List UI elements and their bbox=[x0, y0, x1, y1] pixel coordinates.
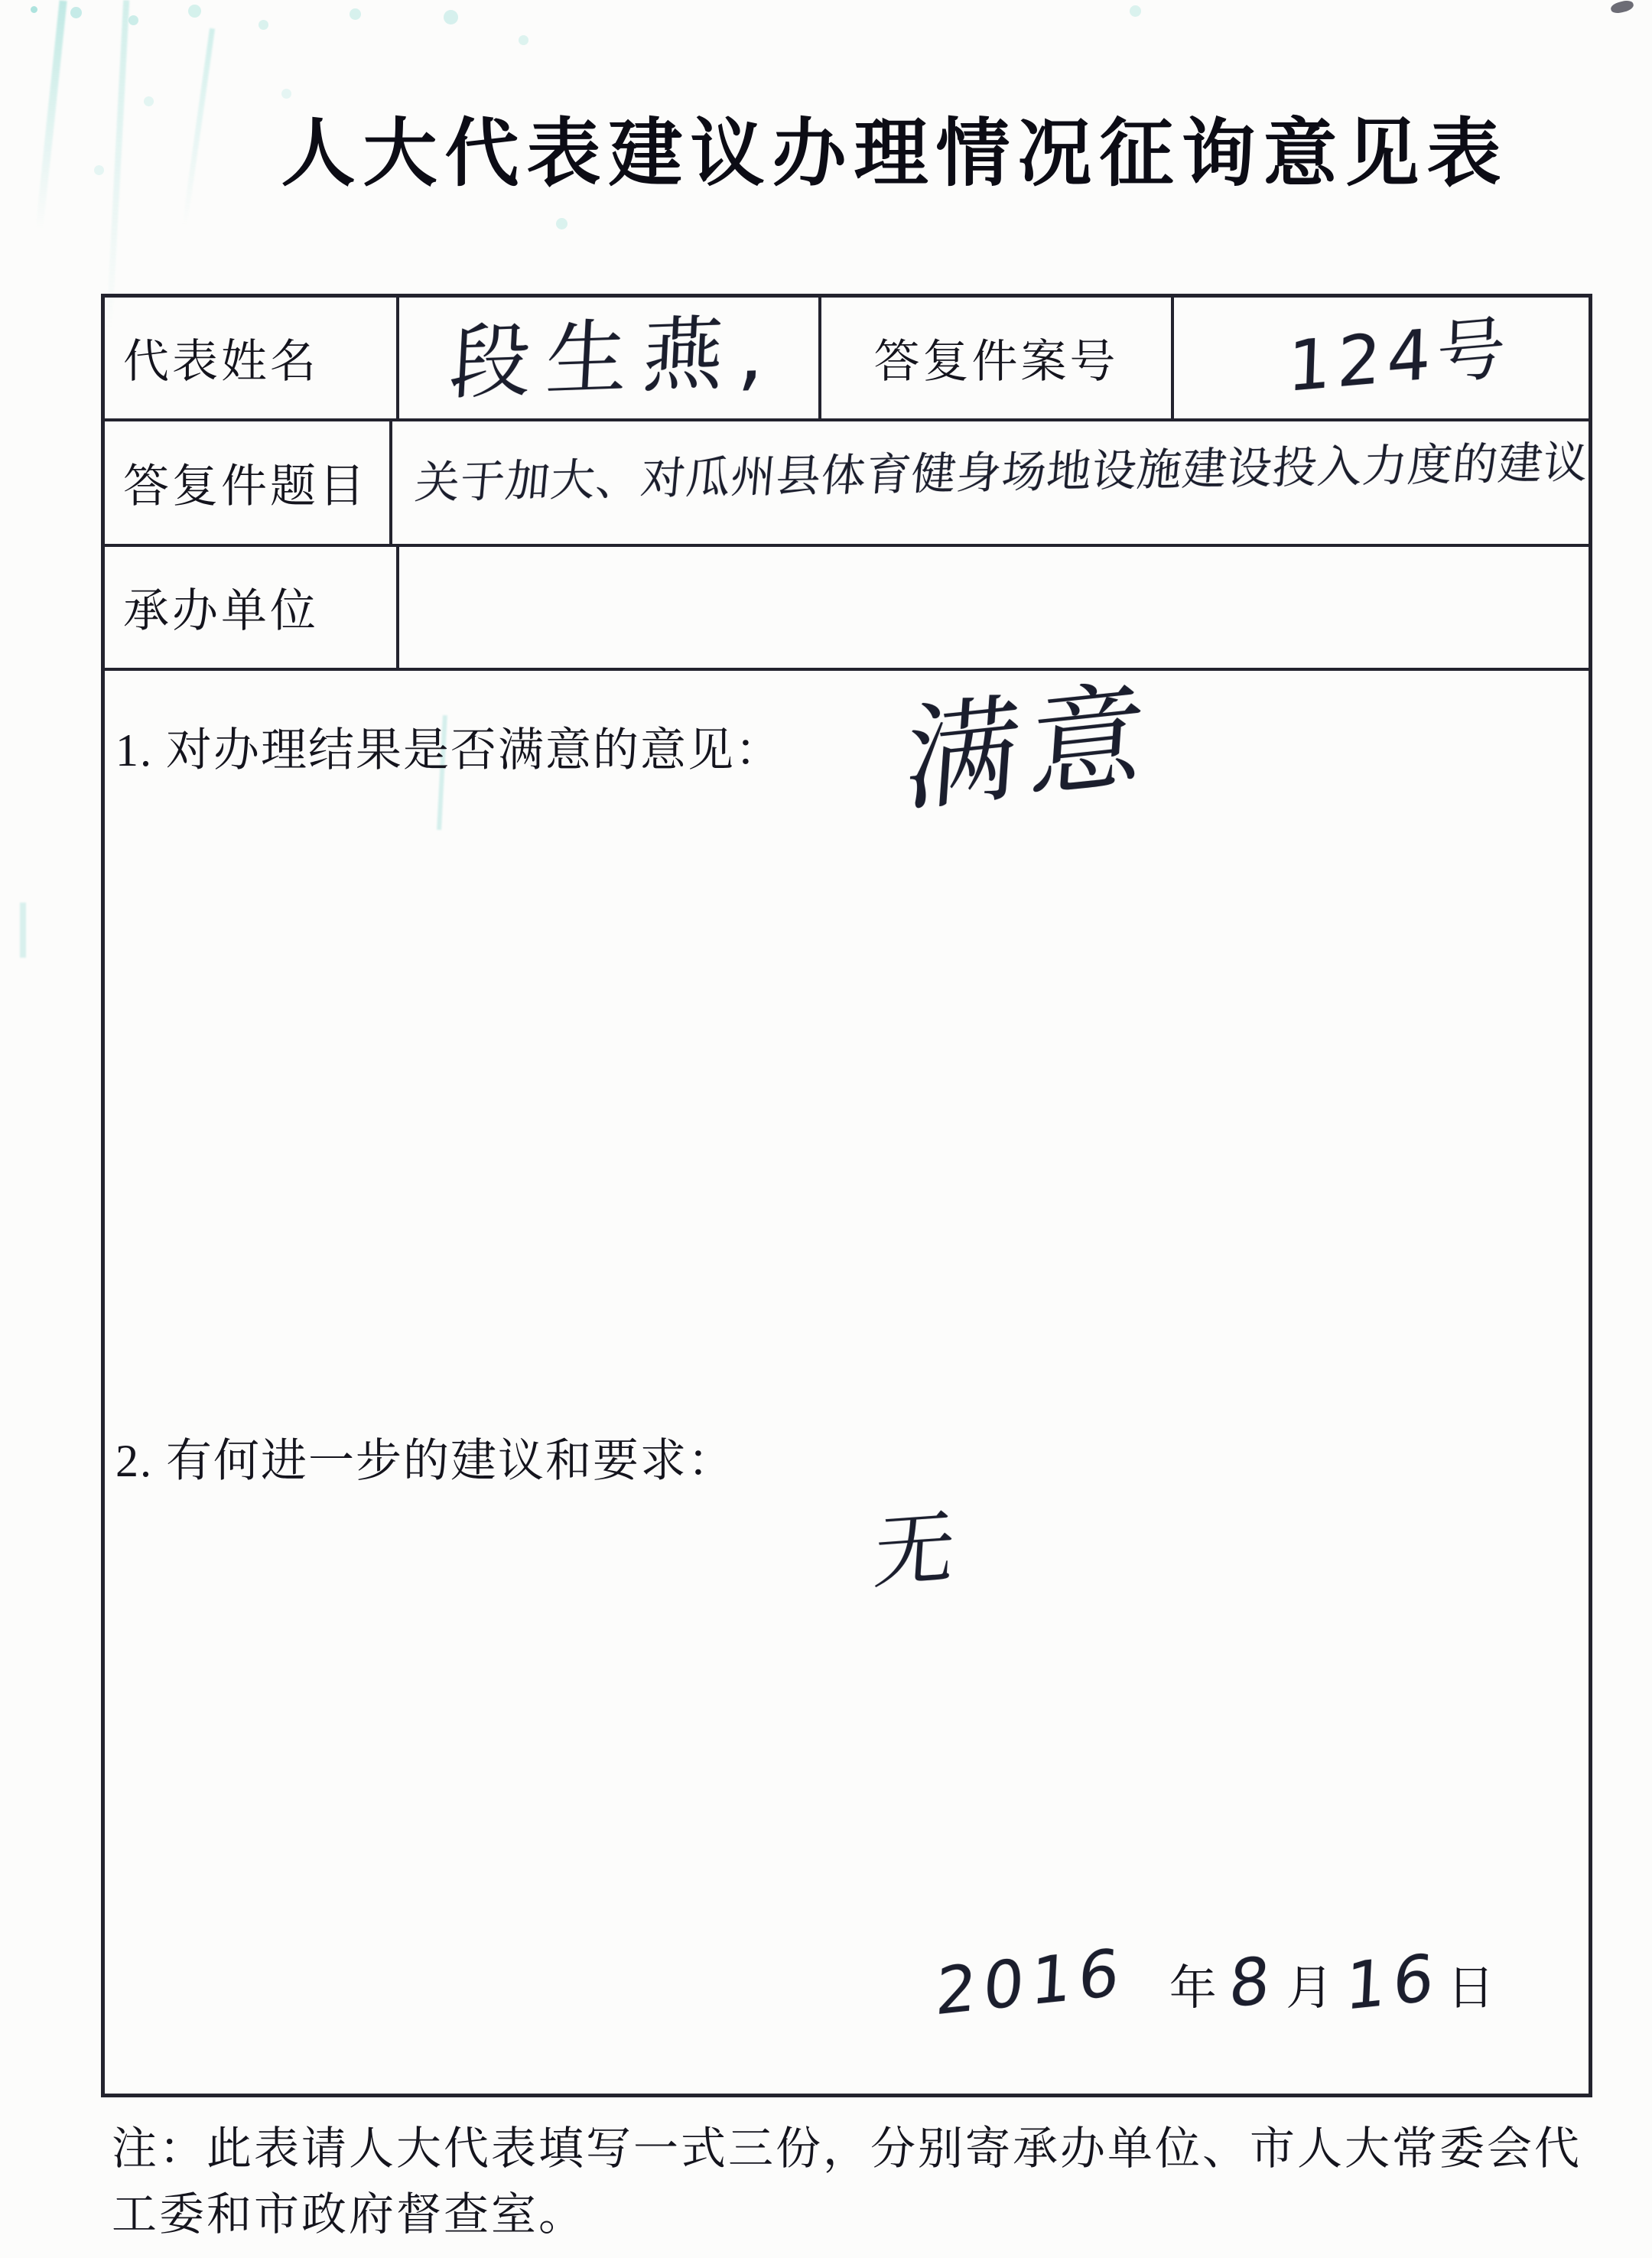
case-no-cell: 124号 bbox=[1174, 298, 1589, 418]
case-no-handwritten: 124号 bbox=[1286, 314, 1513, 402]
form-title: 人大代表建议办理情况征询意见表 bbox=[145, 93, 1644, 200]
date-year-unit: 年 bbox=[1169, 1950, 1217, 2018]
row-reply-title: 答复件题目 关于加大、对瓜州县体育健身场地设施建设投入力度的建议 bbox=[105, 421, 1589, 547]
reply-title-cell: 关于加大、对瓜州县体育健身场地设施建设投入力度的建议 bbox=[392, 421, 1589, 544]
row-representative: 代表姓名 段生燕, 答复件案号 124号 bbox=[105, 298, 1589, 421]
date-line: 2016 年 8 月 16 日 bbox=[935, 1950, 1507, 2018]
q1-label: 1. 对办理结果是否满意的意见： bbox=[115, 714, 782, 779]
reply-title-handwritten: 关于加大、对瓜州县体育健身场地设施建设投入力度的建议 bbox=[413, 440, 1590, 505]
date-year-handwritten: 2016 bbox=[934, 1939, 1127, 2024]
scan-artifact-streak bbox=[106, 0, 129, 329]
date-day-unit: 日 bbox=[1447, 1950, 1494, 2018]
q2-answer-handwritten: 无 bbox=[871, 1508, 957, 1594]
date-day-handwritten: 16 bbox=[1344, 1944, 1442, 2019]
footnote: 注：此表请人大代表填写一式三份，分别寄承办单位、市人大常委会代 工委和市政府督查… bbox=[112, 2116, 1603, 2247]
undertaker-label: 承办单位 bbox=[105, 547, 399, 668]
q2-label: 2. 有何进一步的建议和要求： bbox=[115, 1424, 735, 1490]
form-table: 代表姓名 段生燕, 答复件案号 124号 答复件题目 关于加大、对瓜州县体育健身… bbox=[101, 294, 1592, 2097]
reply-title-label: 答复件题目 bbox=[105, 421, 392, 544]
footnote-line1: 注：此表请人大代表填写一式三份，分别寄承办单位、市人大常委会代 bbox=[112, 2116, 1603, 2182]
row-undertaker: 承办单位 bbox=[105, 547, 1589, 671]
q1-answer-handwritten: 满意 bbox=[902, 677, 1159, 819]
rep-name-handwritten: 段生燕, bbox=[447, 311, 782, 404]
undertaker-cell bbox=[399, 547, 1589, 668]
scanned-form-page: 人大代表建议办理情况征询意见表 代表姓名 段生燕, 答复件案号 124号 答复件… bbox=[0, 0, 1652, 2258]
rep-name-cell: 段生燕, bbox=[399, 298, 821, 418]
date-month-unit: 月 bbox=[1286, 1950, 1333, 2018]
scan-artifact-speck bbox=[1610, 0, 1634, 15]
scan-artifact-mark bbox=[20, 903, 26, 958]
scan-artifact-speckles bbox=[31, 6, 37, 13]
date-month-handwritten: 8 bbox=[1228, 1947, 1279, 2016]
rep-name-label: 代表姓名 bbox=[105, 298, 399, 418]
case-no-label: 答复件案号 bbox=[821, 298, 1174, 418]
opinion-section: 1. 对办理结果是否满意的意见： 满意 2. 有何进一步的建议和要求： 无 20… bbox=[105, 671, 1589, 2100]
footnote-line2: 工委和市政府督查室。 bbox=[112, 2182, 1603, 2247]
scan-artifact-streak bbox=[35, 0, 67, 229]
